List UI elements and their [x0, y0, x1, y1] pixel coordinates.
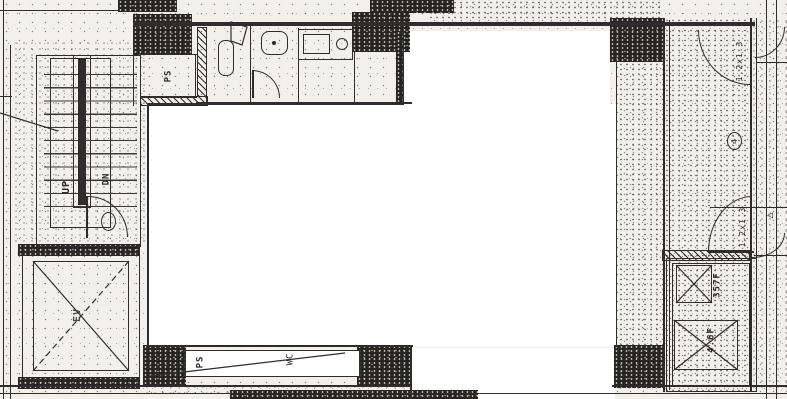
linework-overlay — [0, 0, 787, 399]
floor-plan-scan: UP DN EV PS 1.2x1.3 4 1.2x1.3 ◁ 357F 4.6… — [0, 0, 787, 399]
